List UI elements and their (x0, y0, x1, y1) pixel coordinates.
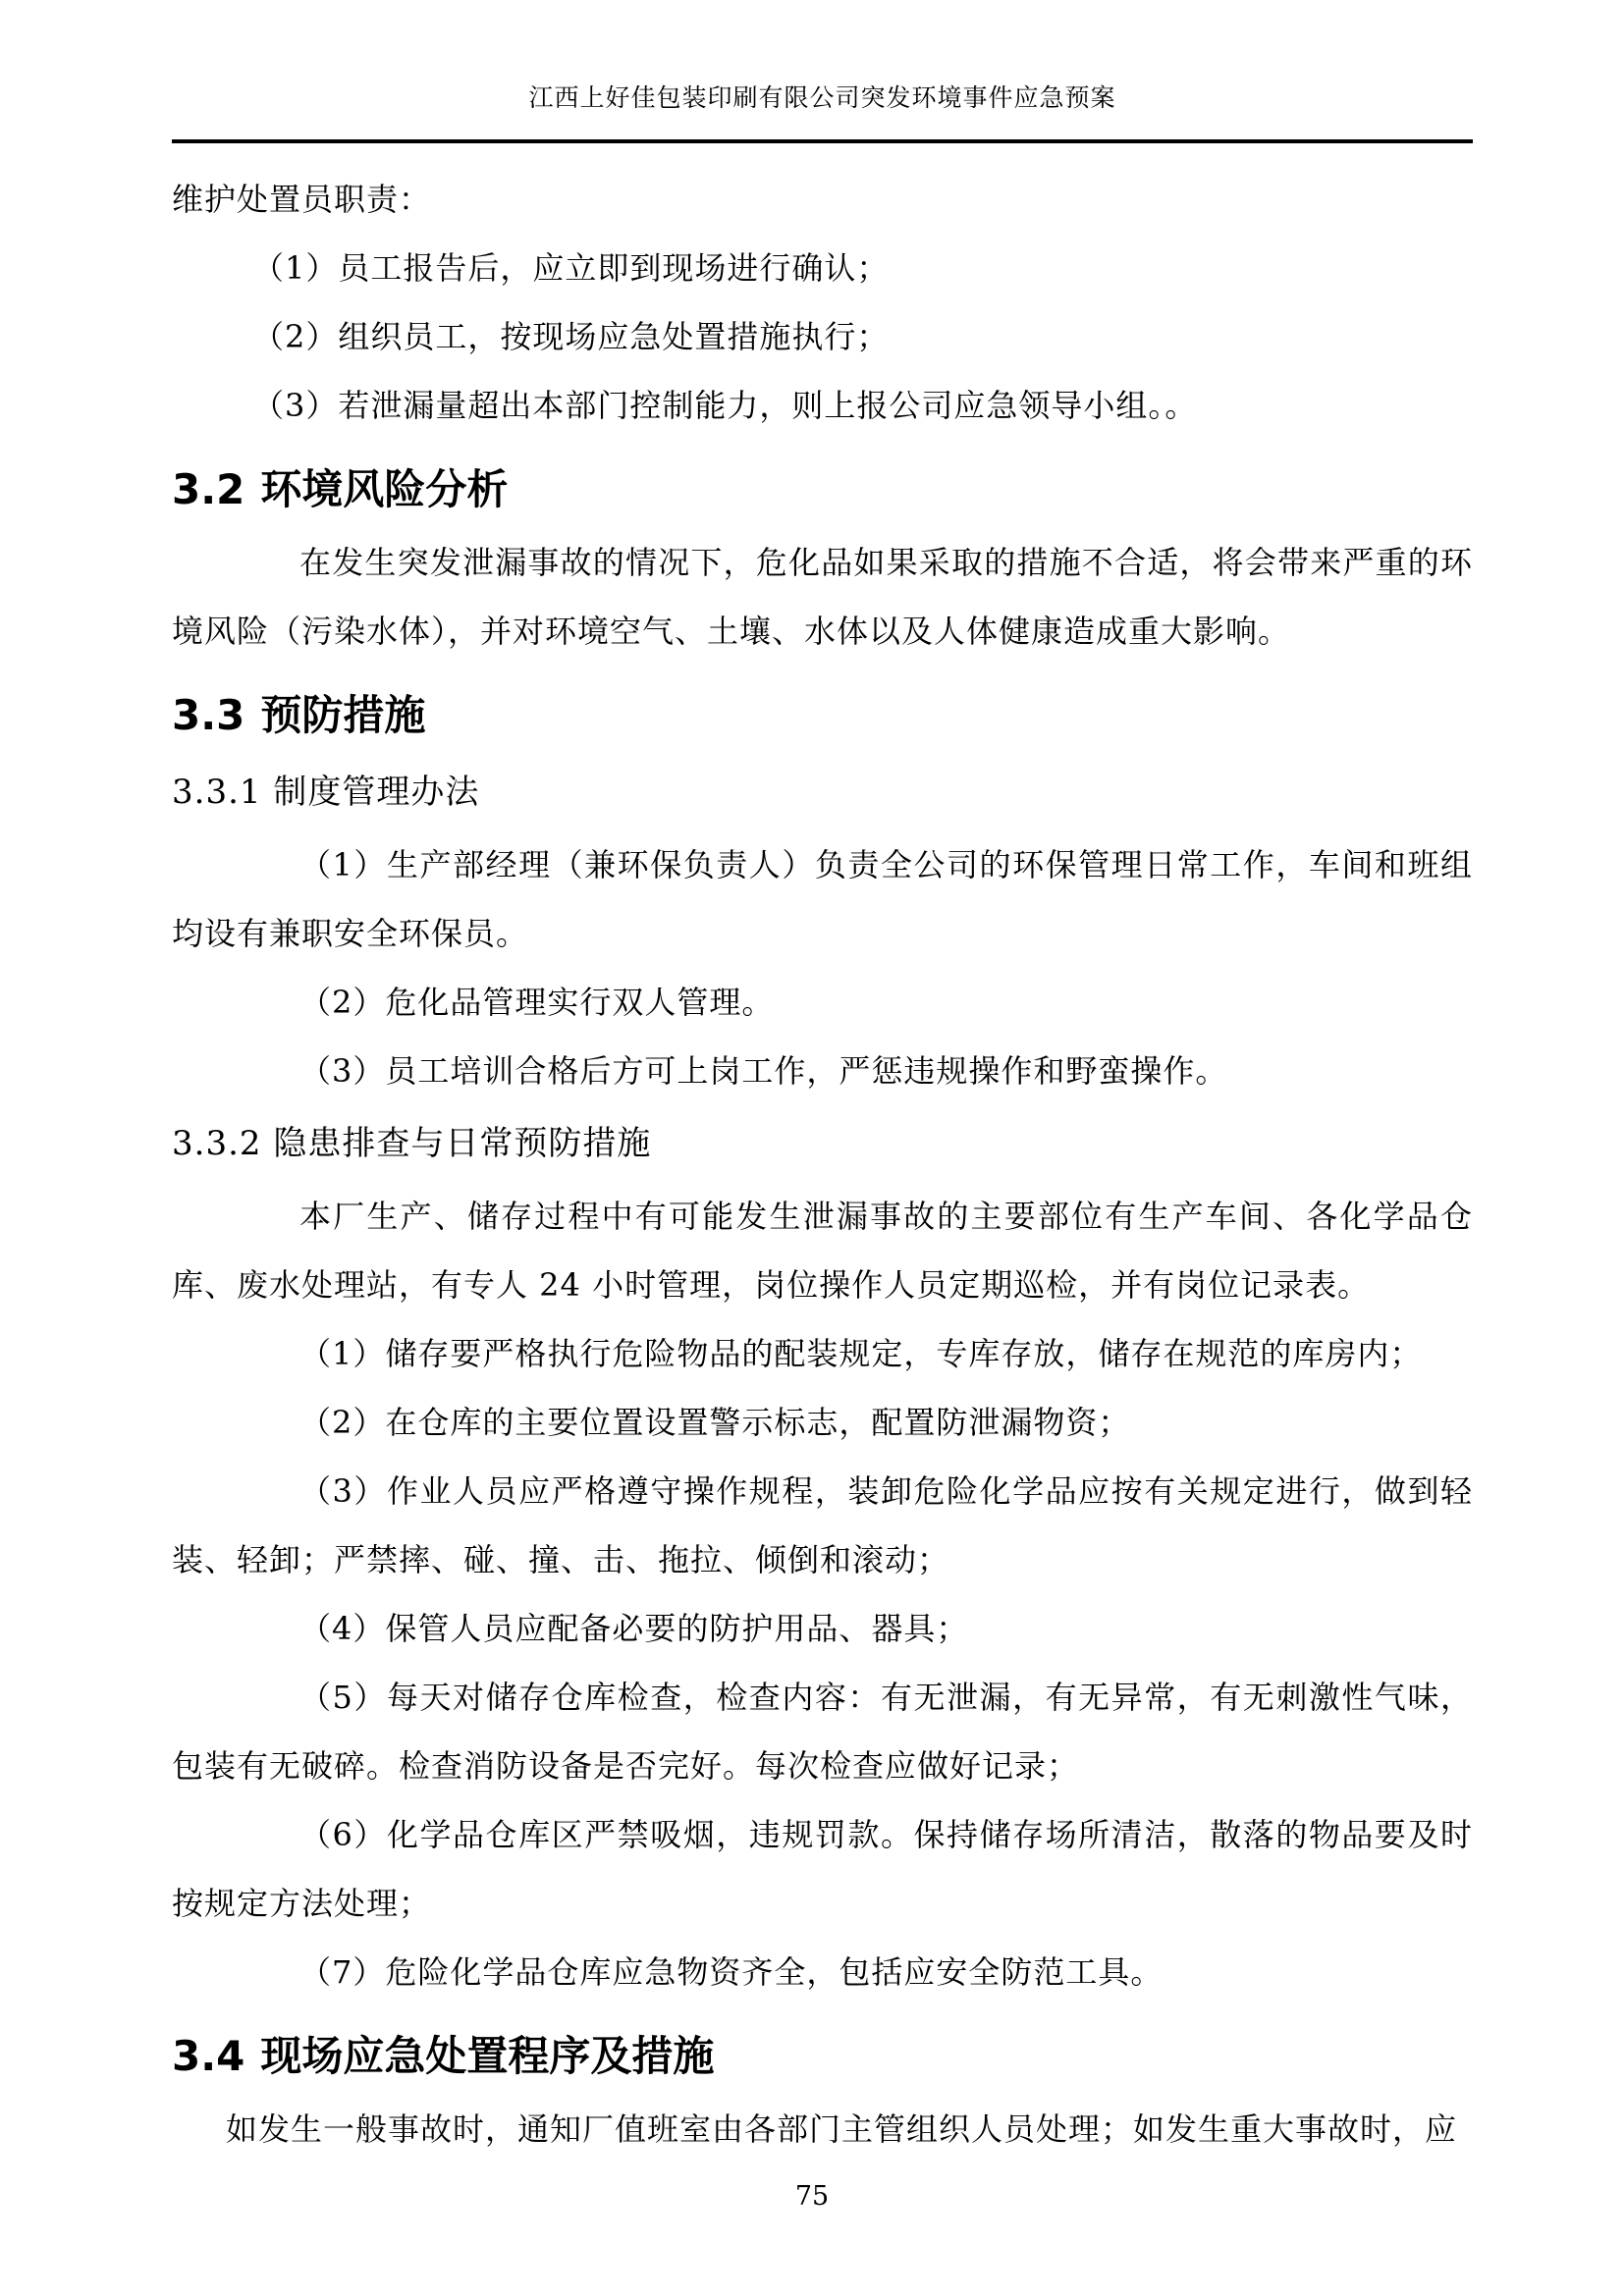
section-title: 预防措施 (260, 691, 425, 739)
list-item: （3）若泄漏量超出本部门控制能力，则上报公司应急领导小组。。 (172, 371, 1473, 440)
list-item: （7）危险化学品仓库应急物资齐全，包括应安全防范工具。 (172, 1938, 1473, 2006)
header-rule (172, 139, 1473, 143)
sub-heading-3-3-2: 3.3.2 隐患排查与日常预防措施 (172, 1105, 1473, 1182)
section-heading-3-4: 3.4现场应急处置程序及措施 (172, 2030, 1473, 2083)
paragraph: 本厂生产、储存过程中有可能发生泄漏事故的主要部位有生产车间、各化学品仓库、废水处… (172, 1182, 1473, 1319)
paragraph: 如发生一般事故时，通知厂值班室由各部门主管组织人员处理；如发生重大事故时，应 (172, 2095, 1473, 2163)
list-item: （3）作业人员应严格遵守操作规程，装卸危险化学品应按有关规定进行，做到轻装、轻卸… (172, 1457, 1473, 1594)
list-item: （1）员工报告后，应立即到现场进行确认； (172, 234, 1473, 302)
doc-header: 江西上好佳包装印刷有限公司突发环境事件应急预案 (172, 0, 1473, 114)
sub-heading-3-3-1: 3.3.1 制度管理办法 (172, 754, 1473, 830)
intro-lead: 维护处置员职责： (172, 165, 1473, 234)
section-title: 环境风险分析 (260, 465, 508, 513)
list-item: （2）组织员工，按现场应急处置措施执行； (172, 302, 1473, 371)
list-item: （5）每天对储存仓库检查，检查内容：有无泄漏，有无异常，有无刺激性气味，包装有无… (172, 1663, 1473, 1800)
section-number: 3.3 (172, 691, 244, 739)
list-item: （2）危化品管理实行双人管理。 (172, 968, 1473, 1037)
list-item: （1）生产部经理（兼环保负责人）负责全公司的环保管理日常工作，车间和班组均设有兼… (172, 830, 1473, 968)
list-item: （6）化学品仓库区严禁吸烟，违规罚款。保持储存场所清洁，散落的物品要及时按规定方… (172, 1800, 1473, 1938)
page-number: 75 (0, 2181, 1624, 2212)
doc-header-title: 江西上好佳包装印刷有限公司突发环境事件应急预案 (528, 83, 1115, 112)
list-item: （3）员工培训合格后方可上岗工作，严惩违规操作和野蛮操作。 (172, 1037, 1473, 1105)
document-body: 维护处置员职责： （1）员工报告后，应立即到现场进行确认； （2）组织员工，按现… (172, 165, 1473, 2163)
section-number: 3.4 (172, 2032, 244, 2080)
section-heading-3-2: 3.2环境风险分析 (172, 463, 1473, 516)
list-item: （1）储存要严格执行危险物品的配装规定，专库存放，储存在规范的库房内； (172, 1319, 1473, 1388)
list-item: （2）在仓库的主要位置设置警示标志，配置防泄漏物资； (172, 1388, 1473, 1457)
section-heading-3-3: 3.3预防措施 (172, 689, 1473, 742)
paragraph: 在发生突发泄漏事故的情况下，危化品如果采取的措施不合适，将会带来严重的环境风险（… (172, 528, 1473, 666)
intro-block: 维护处置员职责： （1）员工报告后，应立即到现场进行确认； （2）组织员工，按现… (172, 165, 1473, 440)
list-item: （4）保管人员应配备必要的防护用品、器具； (172, 1594, 1473, 1663)
document-page: 江西上好佳包装印刷有限公司突发环境事件应急预案 维护处置员职责： （1）员工报告… (0, 0, 1624, 2296)
section-title: 现场应急处置程序及措施 (260, 2032, 714, 2080)
section-number: 3.2 (172, 465, 244, 513)
